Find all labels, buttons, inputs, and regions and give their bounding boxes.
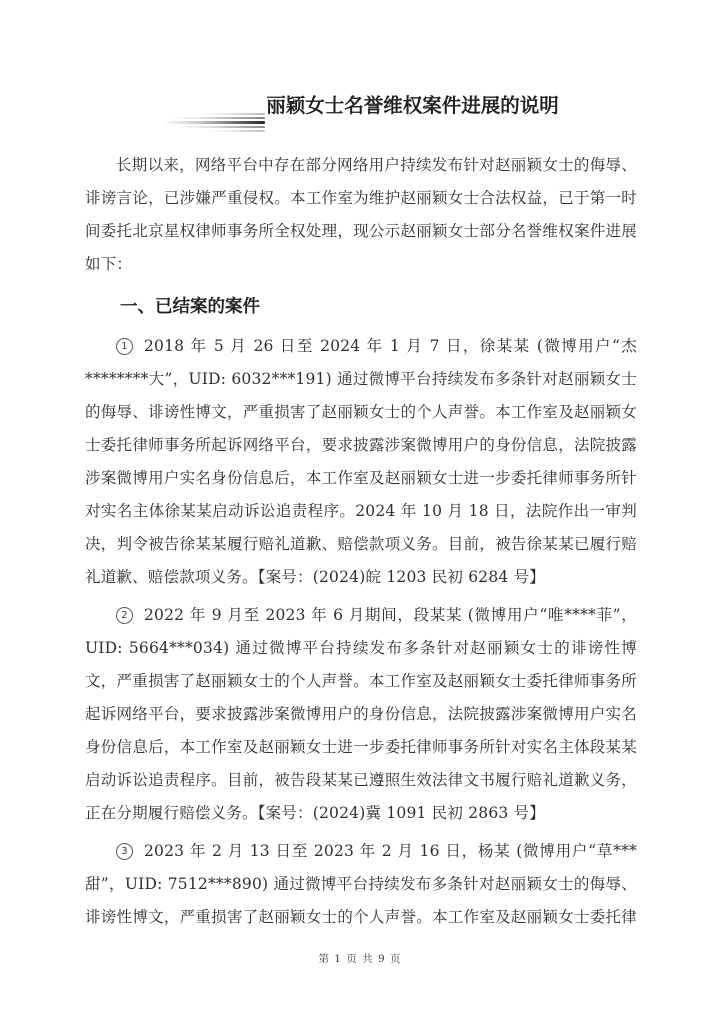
circled-number-3-icon: 3	[116, 843, 133, 860]
smudge-streak	[205, 130, 265, 132]
page-footer: 第 1 页 共 9 页	[0, 951, 720, 966]
redaction-smudge-icon	[163, 113, 265, 133]
case-paragraph-1: 12018 年 5 月 26 日至 2024 年 1 月 7 日，徐某某 (微博…	[85, 330, 637, 594]
document-title-text: 丽颖女士名誉维权案件进展的说明	[266, 94, 559, 117]
smudge-streak	[163, 121, 265, 124]
smudge-streak	[197, 113, 265, 115]
smudge-streak	[171, 117, 265, 119]
circled-number-2-icon: 2	[116, 607, 133, 624]
document-title: 丽颖女士名誉维权案件进展的说明	[85, 92, 637, 133]
smudge-streak	[177, 126, 265, 128]
section-heading: 一、已结案的案件	[85, 289, 637, 325]
case-paragraph-2: 22022 年 9 月至 2023 年 6 月期间，段某某 (微博用户“唯***…	[85, 599, 637, 830]
circled-number-1-icon: 1	[116, 338, 133, 355]
intro-paragraph: 长期以来，网络平台中存在部分网络用户持续发布针对赵丽颖女士的侮辱、诽谤言论，已涉…	[85, 149, 637, 281]
page-number-indicator: 第 1 页 共 9 页	[318, 953, 401, 965]
document-page: 丽颖女士名誉维权案件进展的说明 长期以来，网络平台中存在部分网络用户持续发布针对…	[0, 0, 720, 1018]
case-2-text: 2022 年 9 月至 2023 年 6 月期间，段某某 (微博用户“唯****…	[85, 606, 637, 822]
case-1-text: 2018 年 5 月 26 日至 2024 年 1 月 7 日，徐某某 (微博用…	[85, 337, 637, 586]
case-paragraph-3: 32023 年 2 月 13 日至 2023 年 2 月 16 日，杨某 (微博…	[85, 835, 637, 939]
case-3-text: 2023 年 2 月 13 日至 2023 年 2 月 16 日，杨某 (微博用…	[85, 842, 637, 939]
document-content: 丽颖女士名誉维权案件进展的说明 长期以来，网络平台中存在部分网络用户持续发布针对…	[85, 0, 637, 938]
